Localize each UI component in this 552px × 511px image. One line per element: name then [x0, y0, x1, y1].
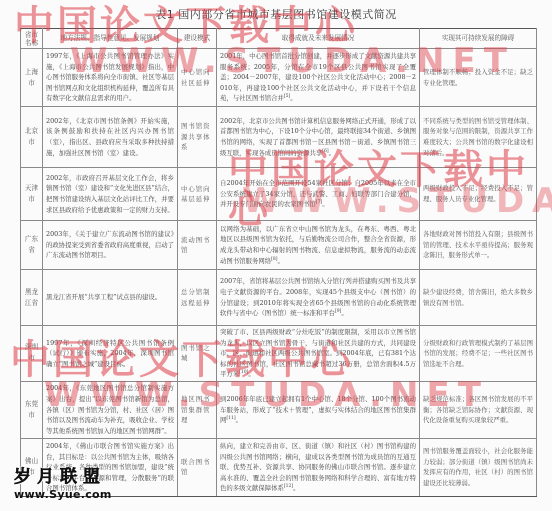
achievement-cell: 到2006年年底已建立起拥有1个中心馆、18个分馆、100个图书流动车服务站，形… [217, 381, 420, 438]
table-row: 天津市 2002年，市政府召开基层文化工作会，将乡镇图书馆（室）建设和“文化先进… [21, 168, 537, 221]
citation-ref: [8] [271, 256, 277, 261]
region-name: 黑龙江省 [21, 270, 43, 326]
regulation-cell: 2003年，《关于建立广东流动图书馆的建议》的政协提案受到省委省政府高度重视，启… [43, 221, 178, 270]
achievement-cell: 突破了市、区县两级财政“分灶吃饭”的制度限制，采用以市立图书馆为龙头，以区立图书… [217, 326, 420, 382]
table-caption: 表1 国内部分省市城市基层图书馆建设模式简况 [0, 6, 552, 22]
model-cell: 联合图书馆 [178, 438, 217, 496]
table-row: 深圳市 1997年，《深圳经济特区公共图书馆条例（试行）》颁布实施，2004年，… [21, 326, 537, 382]
achievement-cell: 2002年，北京市公共图书馆计算机信息服务网络正式开通，形成了以首都图书馆为中心… [217, 107, 420, 168]
table-row: 黑龙江省 黑龙江省开展“共享工程”试点县的建设。 总分馆制远程延伸 2007年，… [21, 270, 537, 326]
model-cell: 总分馆制远程延伸 [178, 270, 217, 326]
model-cell: 中心馆向社区延伸 [178, 49, 217, 107]
header-achievements: 取得成就及未来发展情况 [217, 29, 420, 49]
model-cell: 流动图书馆 [178, 221, 217, 270]
regulation-cell: 2002年，《北京市图书馆条例》开始实施，该条例鼓励和扶持在社区内兴办图书馆（室… [43, 107, 178, 168]
region-name: 北京市 [21, 107, 43, 168]
obstacle-cell: 不同系统与类型的图书馆受管理体制、服务对象与范围的限制，资源共享工作难度较大；公… [420, 107, 537, 168]
region-name: 上海市 [21, 49, 43, 107]
citation-ref: [11] [226, 416, 235, 421]
obstacle-cell: 分级财政和行政管理模式制约了基层图书馆的发展；经费不足；一些社区图书馆选址不合理… [420, 326, 537, 382]
obstacle-cell: 两级财政投入不足；经费投入不足；管理、服务人员专业化管理。 [420, 168, 537, 221]
obstacle-cell: 管理体制不顺畅；投入资金不足；缺乏专业化管理。 [420, 49, 537, 107]
achievement-text: 2002年，北京市公共图书馆计算机信息服务网络正式开通，形成了以首都图书馆为中心… [220, 117, 416, 157]
library-model-table: 省市名称 地方法规、指导性意见、发展规划 建设模式 取得成就及未来发展情况 实现… [20, 28, 537, 497]
table-row: 东莞市 2004年，《东莞地区图书馆总分馆制实施方案》出台，提出“以东莞图书馆新… [21, 381, 537, 438]
table-row: 上海市 1997年，《上海市公共图书馆管理办法》实施，《上海市公共图书馆发展规划… [21, 49, 537, 107]
achievement-text: 纵向，建立和完善由市、区、街道（镇）和社区（村）图书馆构建的四级公共图书馆网络；… [220, 442, 416, 492]
achievement-text: 以网络为基础，以广东省立中山图书馆为龙头，在粤东、粤西、粤北地区以县级图书馆为依… [220, 225, 416, 265]
model-cell: 中心馆向基层延伸 [178, 168, 217, 221]
achievement-text: 2001年，中心图书馆首批分馆创建，并逐步形成了文献资源共建共享服务系统；200… [220, 52, 416, 102]
site-logo: 岁月联盟 www.Syue.com [14, 462, 112, 501]
regulation-cell: 黑龙江省开展“共享工程”试点县的建设。 [43, 270, 178, 326]
regulation-cell: 1997年，《上海市公共图书馆管理办法》实施，《上海市公共图书馆发展规划》指出，… [43, 49, 178, 107]
table-header-row: 省市名称 地方法规、指导性意见、发展规划 建设模式 取得成就及未来发展情况 实现… [21, 29, 537, 49]
header-model: 建设模式 [178, 29, 217, 49]
region-name: 天津市 [21, 168, 43, 221]
header-regulations: 地方法规、指导性意见、发展规划 [43, 29, 178, 49]
table-row: 北京市 2002年，《北京市图书馆条例》开始实施，该条例鼓励和扶持在社区内兴办图… [21, 107, 537, 168]
regulation-cell: 2002年，市政府召开基层文化工作会，将乡镇图书馆（室）建设和“文化先进区县”结… [43, 168, 178, 221]
header-obstacles: 实现其可持续发展的障碍 [420, 29, 537, 49]
achievement-cell: 自2004年开始在全市范围开设54家社区分馆；自2005年以来在全市公安系统建立… [217, 168, 420, 221]
model-cell: 图书馆之城 [178, 326, 217, 382]
achievement-text: 到2006年年底已建立起拥有1个中心馆、18个分馆、100个图书流动车服务站，形… [220, 395, 416, 424]
achievement-cell: 2001年，中心图书馆首批分馆创建，并逐步形成了文献资源共建共享服务系统；200… [217, 49, 420, 107]
citation-ref: [5] [284, 94, 290, 99]
model-cell: 地区图书馆集群管理 [178, 381, 217, 438]
obstacle-cell: 缺少建设经费，馆舍陈旧，绝大多数乡镇没有图书馆。 [420, 270, 537, 326]
achievement-cell: 以网络为基础，以广东省立中山图书馆为龙头，在粤东、粤西、粤北地区以县级图书馆为依… [217, 221, 420, 270]
citation-ref: [12] [284, 484, 293, 489]
obstacle-cell: 缺乏规范标准；各区图书馆发展的不平衡；各馆缺乏馆际协作；文献资源、现代化设备重复… [420, 381, 537, 438]
citation-ref: [9] [335, 309, 341, 314]
regulation-cell: 1997年，《深圳经济特区公共图书馆条例（试行）》颁布实施，2004年，深圳图书… [43, 326, 178, 382]
region-name: 广东省 [21, 221, 43, 270]
citation-ref: [6] [322, 148, 328, 153]
region-name: 深圳市 [21, 326, 43, 382]
site-logo-name: 岁月联盟 [14, 462, 112, 487]
table-row: 广东省 2003年，《关于建立广东流动图书馆的建议》的政协提案受到省委省政府高度… [21, 221, 537, 270]
achievement-cell: 纵向，建立和完善由市、区、街道（镇）和社区（村）图书馆构建的四级公共图书馆网络；… [217, 438, 420, 496]
achievement-text: 2007年，省馆将基层公共图书馆纳入分馆行列并搭建购买图书及共享电子文献资源的平… [220, 277, 416, 317]
regulation-cell: 2004年，《东莞地区图书馆总分馆制实施方案》出台，提出“以东莞图书馆新馆为总馆… [43, 381, 178, 438]
site-logo-url: www.Syue.com [14, 488, 112, 501]
obstacle-cell: 各地财政对图书馆投入有限；县级图书馆的管理、技术水平亟待提高；服务观念陈旧，服务… [420, 221, 537, 270]
citation-ref: [10] [239, 370, 248, 375]
header-region: 省市名称 [21, 29, 43, 49]
citation-ref: [7] [316, 200, 322, 205]
obstacle-cell: 图书馆服务覆盖面较小，社会化服务能力较弱；部分街道（镇）级图书馆尚未发挥应有的作… [420, 438, 537, 496]
achievement-cell: 2007年，省馆将基层公共图书馆纳入分馆行列并搭建购买图书及共享电子文献资源的平… [217, 270, 420, 326]
achievement-text: 突破了市、区县两级财政“分灶吃饭”的制度限制，采用以市立图书馆为龙头，以区立图书… [220, 328, 416, 378]
model-cell: 图书馆资源共享体系 [178, 107, 217, 168]
region-name: 东莞市 [21, 381, 43, 438]
